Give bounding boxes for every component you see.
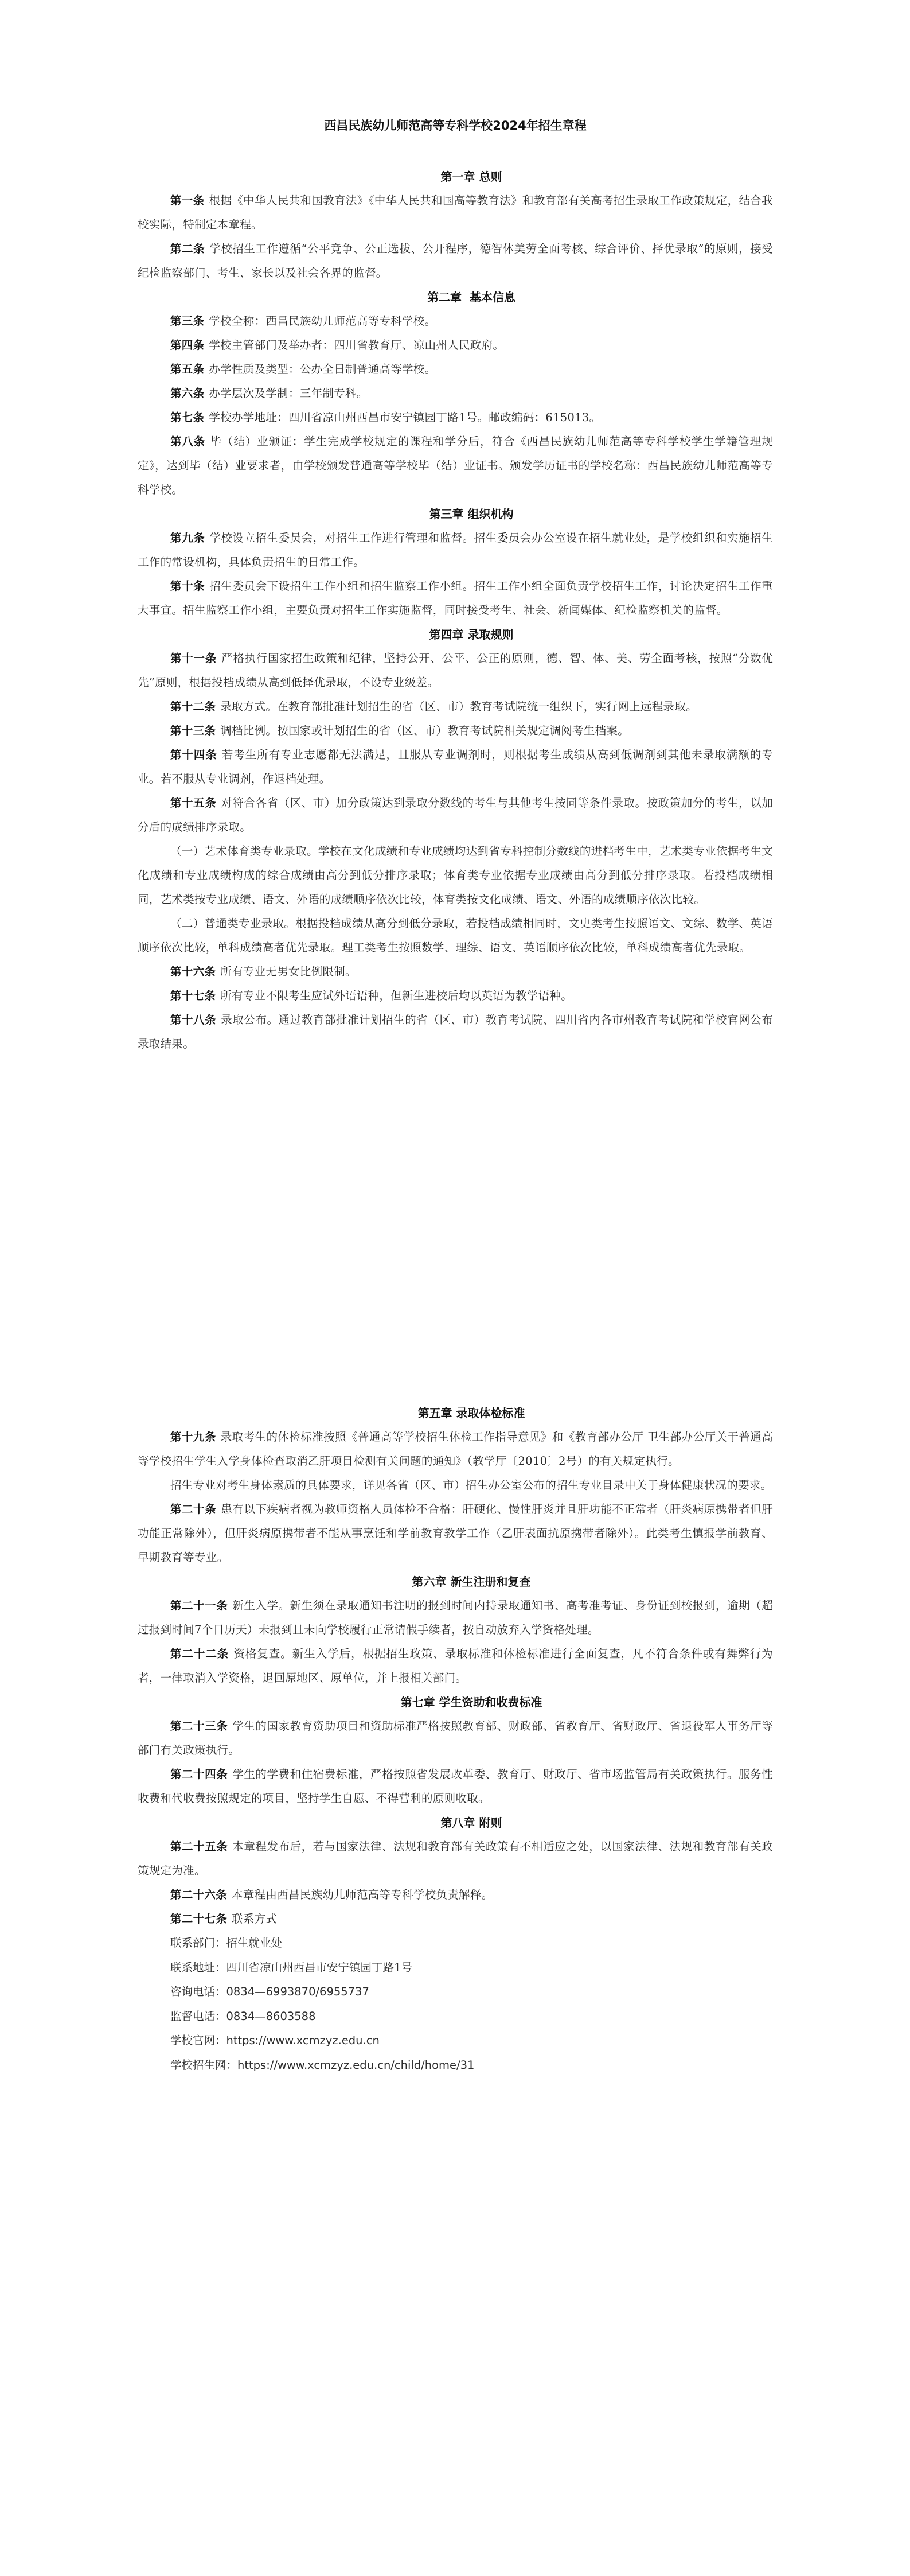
document-page-1: 西昌民族幼儿师范高等专科学校2024年招生章程 第一章 总则第一条根据《中华人民… xyxy=(138,114,773,1056)
article-label: 第二条 xyxy=(170,242,205,255)
article-paragraph: 第二十条患有以下疾病者视为教师资格人员体检不合格：肝硬化、慢性肝炎并且肝功能不正… xyxy=(138,1497,773,1570)
sub-paragraph: （二）普通类专业录取。根据投档成绩从高分到低分录取，若投档成绩相同时，文史类考生… xyxy=(138,912,773,960)
article-text: 调档比例。按国家或计划招生的省（区、市）教育考试院相关规定调阅考生档案。 xyxy=(220,724,629,737)
admissions-website-label: 学校招生网： xyxy=(170,2059,237,2072)
article-text: （一）艺术体育类专业录取。学校在文化成绩和专业成绩均达到省专科控制分数线的进档考… xyxy=(138,845,773,906)
article-label: 第九条 xyxy=(170,531,205,544)
article-text: 本章程发布后，若与国家法律、法规和教育部有关政策有不相适应之处，以国家法律、法规… xyxy=(138,1840,773,1877)
admissions-website-link[interactable]: https://www.xcmzyz.edu.cn/child/home/31 xyxy=(237,2059,474,2072)
article-paragraph: 第九条学校设立招生委员会，对招生工作进行管理和监督。招生委员会办公室设在招生就业… xyxy=(138,526,773,574)
article-paragraph: 第十二条录取方式。在教育部批准计划招生的省（区、市）教育考试院统一组织下，实行网… xyxy=(138,695,773,719)
article-paragraph: 第十七条所有专业不限考生应试外语语种，但新生进校后均以英语为教学语种。 xyxy=(138,984,773,1008)
contact-inquiry-phone: 咨询电话：0834—6993870/6955737 xyxy=(138,1980,773,2005)
article-label: 第十三条 xyxy=(170,724,216,737)
article-paragraph: 第十三条调档比例。按国家或计划招生的省（区、市）教育考试院相关规定调阅考生档案。 xyxy=(138,719,773,743)
article-text: 学生的学费和住宿费标准，严格按照省发展改革委、教育厅、财政厅、省市场监管局有关政… xyxy=(138,1768,773,1805)
article-label: 第十七条 xyxy=(170,989,216,1002)
contact-supervision-phone: 监督电话：0834—8603588 xyxy=(138,2005,773,2029)
chapter-heading: 第六章 新生注册和复查 xyxy=(138,1570,773,1594)
contact-block: 联系部门：招生就业处 联系地址：四川省凉山州西昌市安宁镇园丁路1号 咨询电话：0… xyxy=(138,1931,773,2077)
article-text: 学生的国家教育资助项目和资助标准严格按照教育部、财政部、省教育厅、省财政厅、省退… xyxy=(138,1719,773,1757)
article-paragraph: 第十四条若考生所有专业志愿都无法满足，且服从专业调剂时，则根据考生成绩从高到低调… xyxy=(138,743,773,791)
article-text: 录取考生的体检标准按照《普通高等学校招生体检工作指导意见》和《教育部办公厅 卫生… xyxy=(138,1430,773,1468)
page-2-body: 第五章 录取体检标准第十九条录取考生的体检标准按照《普通高等学校招生体检工作指导… xyxy=(138,1401,773,1931)
article-text: 办学层次及学制：三年制专科。 xyxy=(209,387,368,400)
article-text: 学校全称：西昌民族幼儿师范高等专科学校。 xyxy=(209,314,436,328)
article-text: 资格复查。新生入学后，根据招生政策、录取标准和体检标准进行全面复查，凡不符合条件… xyxy=(138,1647,773,1684)
article-paragraph: 第十条招生委员会下设招生工作小组和招生监察工作小组。招生工作小组全面负责学校招生… xyxy=(138,574,773,622)
chapter-heading: 第五章 录取体检标准 xyxy=(138,1401,773,1425)
article-label: 第二十四条 xyxy=(170,1768,228,1781)
article-label: 第二十六条 xyxy=(170,1888,227,1901)
school-website-link[interactable]: https://www.xcmzyz.edu.cn xyxy=(226,2034,380,2047)
chapter-heading: 第八章 附则 xyxy=(138,1811,773,1835)
article-text: 本章程由西昌民族幼儿师范高等专科学校负责解释。 xyxy=(232,1888,493,1901)
article-text: 若考生所有专业志愿都无法满足，且服从专业调剂时，则根据考生成绩从高到低调剂到其他… xyxy=(138,748,773,785)
article-text: 新生入学。新生须在录取通知书注明的报到时间内持录取通知书、高考准考证、身份证到校… xyxy=(138,1599,773,1636)
contact-address-label: 联系地址： xyxy=(170,1961,226,1974)
article-paragraph: 第八条毕（结）业颁证：学生完成学校规定的课程和学分后，符合《西昌民族幼儿师范高等… xyxy=(138,430,773,502)
article-label: 第二十一条 xyxy=(170,1599,228,1612)
article-paragraph: 第二十六条本章程由西昌民族幼儿师范高等专科学校负责解释。 xyxy=(138,1883,773,1907)
article-label: 第一条 xyxy=(170,194,205,207)
article-paragraph: 第二十一条新生入学。新生须在录取通知书注明的报到时间内持录取通知书、高考准考证、… xyxy=(138,1594,773,1642)
contact-admissions-website: 学校招生网：https://www.xcmzyz.edu.cn/child/ho… xyxy=(138,2053,773,2078)
sub-paragraph: （一）艺术体育类专业录取。学校在文化成绩和专业成绩均达到省专科控制分数线的进档考… xyxy=(138,839,773,912)
article-paragraph: 第四条学校主管部门及举办者：四川省教育厅、凉山州人民政府。 xyxy=(138,333,773,357)
article-label: 第七条 xyxy=(170,411,204,424)
article-text: （二）普通类专业录取。根据投档成绩从高分到低分录取，若投档成绩相同时，文史类考生… xyxy=(138,917,773,954)
article-text: 招生专业对考生身体素质的具体要求，详见各省（区、市）招生办公室公布的招生专业目录… xyxy=(170,1478,772,1492)
article-paragraph: 第十五条对符合各省（区、市）加分政策达到录取分数线的考生与其他考生按同等条件录取… xyxy=(138,791,773,839)
article-label: 第六条 xyxy=(170,387,204,400)
article-paragraph: 第六条办学层次及学制：三年制专科。 xyxy=(138,382,773,406)
article-text: 患有以下疾病者视为教师资格人员体检不合格：肝硬化、慢性肝炎并且肝功能不正常者（肝… xyxy=(138,1503,773,1564)
article-text: 学校办学地址：四川省凉山州西昌市安宁镇园丁路1号。邮政编码：615013。 xyxy=(209,411,600,424)
contact-department-label: 联系部门： xyxy=(170,1936,226,1949)
article-paragraph: 第十九条录取考生的体检标准按照《普通高等学校招生体检工作指导意见》和《教育部办公… xyxy=(138,1425,773,1473)
document-page-2: 第五章 录取体检标准第十九条录取考生的体检标准按照《普通高等学校招生体检工作指导… xyxy=(138,1401,773,2077)
article-paragraph: 第五条办学性质及类型：公办全日制普通高等学校。 xyxy=(138,357,773,382)
article-text: 毕（结）业颁证：学生完成学校规定的课程和学分后，符合《西昌民族幼儿师范高等专科学… xyxy=(138,435,773,496)
article-label: 第十六条 xyxy=(170,965,216,978)
contact-address-value: 四川省凉山州西昌市安宁镇园丁路1号 xyxy=(226,1961,412,1974)
article-paragraph: 第二十二条资格复查。新生入学后，根据招生政策、录取标准和体检标准进行全面复查，凡… xyxy=(138,1642,773,1690)
supervision-phone-label: 监督电话： xyxy=(170,2010,226,2023)
article-text: 录取公布。通过教育部批准计划招生的省（区、市）教育考试院、四川省内各市州教育考试… xyxy=(138,1013,773,1050)
article-label: 第五条 xyxy=(170,363,204,376)
school-website-label: 学校官网： xyxy=(170,2034,226,2047)
article-paragraph: 第三条学校全称：西昌民族幼儿师范高等专科学校。 xyxy=(138,309,773,333)
article-label: 第十条 xyxy=(170,579,205,593)
article-paragraph: 第七条学校办学地址：四川省凉山州西昌市安宁镇园丁路1号。邮政编码：615013。 xyxy=(138,406,773,430)
contact-department: 联系部门：招生就业处 xyxy=(138,1931,773,1956)
article-label: 第十一条 xyxy=(170,652,217,665)
article-text: 联系方式 xyxy=(232,1912,277,1925)
inquiry-phone-label: 咨询电话： xyxy=(170,1985,226,1998)
article-label: 第二十七条 xyxy=(170,1912,227,1925)
article-paragraph: 第二十四条学生的学费和住宿费标准，严格按照省发展改革委、教育厅、财政厅、省市场监… xyxy=(138,1762,773,1811)
article-text: 学校主管部门及举办者：四川省教育厅、凉山州人民政府。 xyxy=(209,338,504,352)
chapter-heading: 第四章 录取规则 xyxy=(138,622,773,647)
article-paragraph: 第十六条所有专业无男女比例限制。 xyxy=(138,960,773,984)
article-label: 第十二条 xyxy=(170,700,216,713)
article-label: 第二十条 xyxy=(170,1503,216,1516)
inquiry-phone-value: 0834—6993870/6955737 xyxy=(226,1985,369,1998)
article-paragraph: 第十一条严格执行国家招生政策和纪律，坚持公开、公平、公正的原则，德、智、体、美、… xyxy=(138,647,773,695)
article-text: 所有专业不限考生应试外语语种，但新生进校后均以英语为教学语种。 xyxy=(220,989,572,1002)
chapter-heading: 第三章 组织机构 xyxy=(138,502,773,526)
contact-department-value: 招生就业处 xyxy=(226,1936,283,1949)
chapter-heading: 第二章 基本信息 xyxy=(138,285,773,309)
article-paragraph: 第十八条录取公布。通过教育部批准计划招生的省（区、市）教育考试院、四川省内各市州… xyxy=(138,1008,773,1056)
sub-paragraph: 招生专业对考生身体素质的具体要求，详见各省（区、市）招生办公室公布的招生专业目录… xyxy=(138,1473,773,1497)
article-label: 第三条 xyxy=(170,314,204,328)
contact-address: 联系地址：四川省凉山州西昌市安宁镇园丁路1号 xyxy=(138,1956,773,1980)
article-label: 第二十五条 xyxy=(170,1840,228,1853)
article-label: 第十四条 xyxy=(170,748,217,761)
article-label: 第十五条 xyxy=(170,796,216,810)
article-text: 根据《中华人民共和国教育法》《中华人民共和国高等教育法》和教育部有关高考招生录取… xyxy=(138,194,773,231)
article-text: 办学性质及类型：公办全日制普通高等学校。 xyxy=(209,363,436,376)
article-text: 招生委员会下设招生工作小组和招生监察工作小组。招生工作小组全面负责学校招生工作，… xyxy=(138,579,773,617)
article-label: 第四条 xyxy=(170,338,204,352)
article-label: 第八条 xyxy=(170,435,205,448)
article-paragraph: 第一条根据《中华人民共和国教育法》《中华人民共和国高等教育法》和教育部有关高考招… xyxy=(138,189,773,237)
article-text: 学校招生工作遵循“公平竞争、公正选拔、公开程序，德智体美劳全面考核、综合评价、择… xyxy=(138,242,773,279)
article-text: 所有专业无男女比例限制。 xyxy=(220,965,357,978)
article-text: 学校设立招生委员会，对招生工作进行管理和监督。招生委员会办公室设在招生就业处，是… xyxy=(138,531,773,569)
article-label: 第二十二条 xyxy=(170,1647,229,1660)
article-text: 对符合各省（区、市）加分政策达到录取分数线的考生与其他考生按同等条件录取。按政策… xyxy=(138,796,773,834)
article-text: 录取方式。在教育部批准计划招生的省（区、市）教育考试院统一组织下，实行网上远程录… xyxy=(220,700,697,713)
page-1-body: 第一章 总则第一条根据《中华人民共和国教育法》《中华人民共和国高等教育法》和教育… xyxy=(138,165,773,1056)
document-title: 西昌民族幼儿师范高等专科学校2024年招生章程 xyxy=(138,114,773,138)
article-label: 第十八条 xyxy=(170,1013,216,1026)
contact-school-website: 学校官网：https://www.xcmzyz.edu.cn xyxy=(138,2029,773,2053)
article-paragraph: 第二十七条联系方式 xyxy=(138,1907,773,1931)
article-label: 第十九条 xyxy=(170,1430,216,1443)
article-paragraph: 第二条学校招生工作遵循“公平竞争、公正选拔、公开程序，德智体美劳全面考核、综合评… xyxy=(138,237,773,285)
article-paragraph: 第二十三条学生的国家教育资助项目和资助标准严格按照教育部、财政部、省教育厅、省财… xyxy=(138,1714,773,1762)
article-paragraph: 第二十五条本章程发布后，若与国家法律、法规和教育部有关政策有不相适应之处，以国家… xyxy=(138,1835,773,1883)
supervision-phone-value: 0834—8603588 xyxy=(226,2010,316,2023)
chapter-heading: 第七章 学生资助和收费标准 xyxy=(138,1690,773,1714)
article-label: 第二十三条 xyxy=(170,1719,228,1733)
article-text: 严格执行国家招生政策和纪律，坚持公开、公平、公正的原则，德、智、体、美、劳全面考… xyxy=(138,652,773,689)
chapter-heading: 第一章 总则 xyxy=(138,165,773,189)
